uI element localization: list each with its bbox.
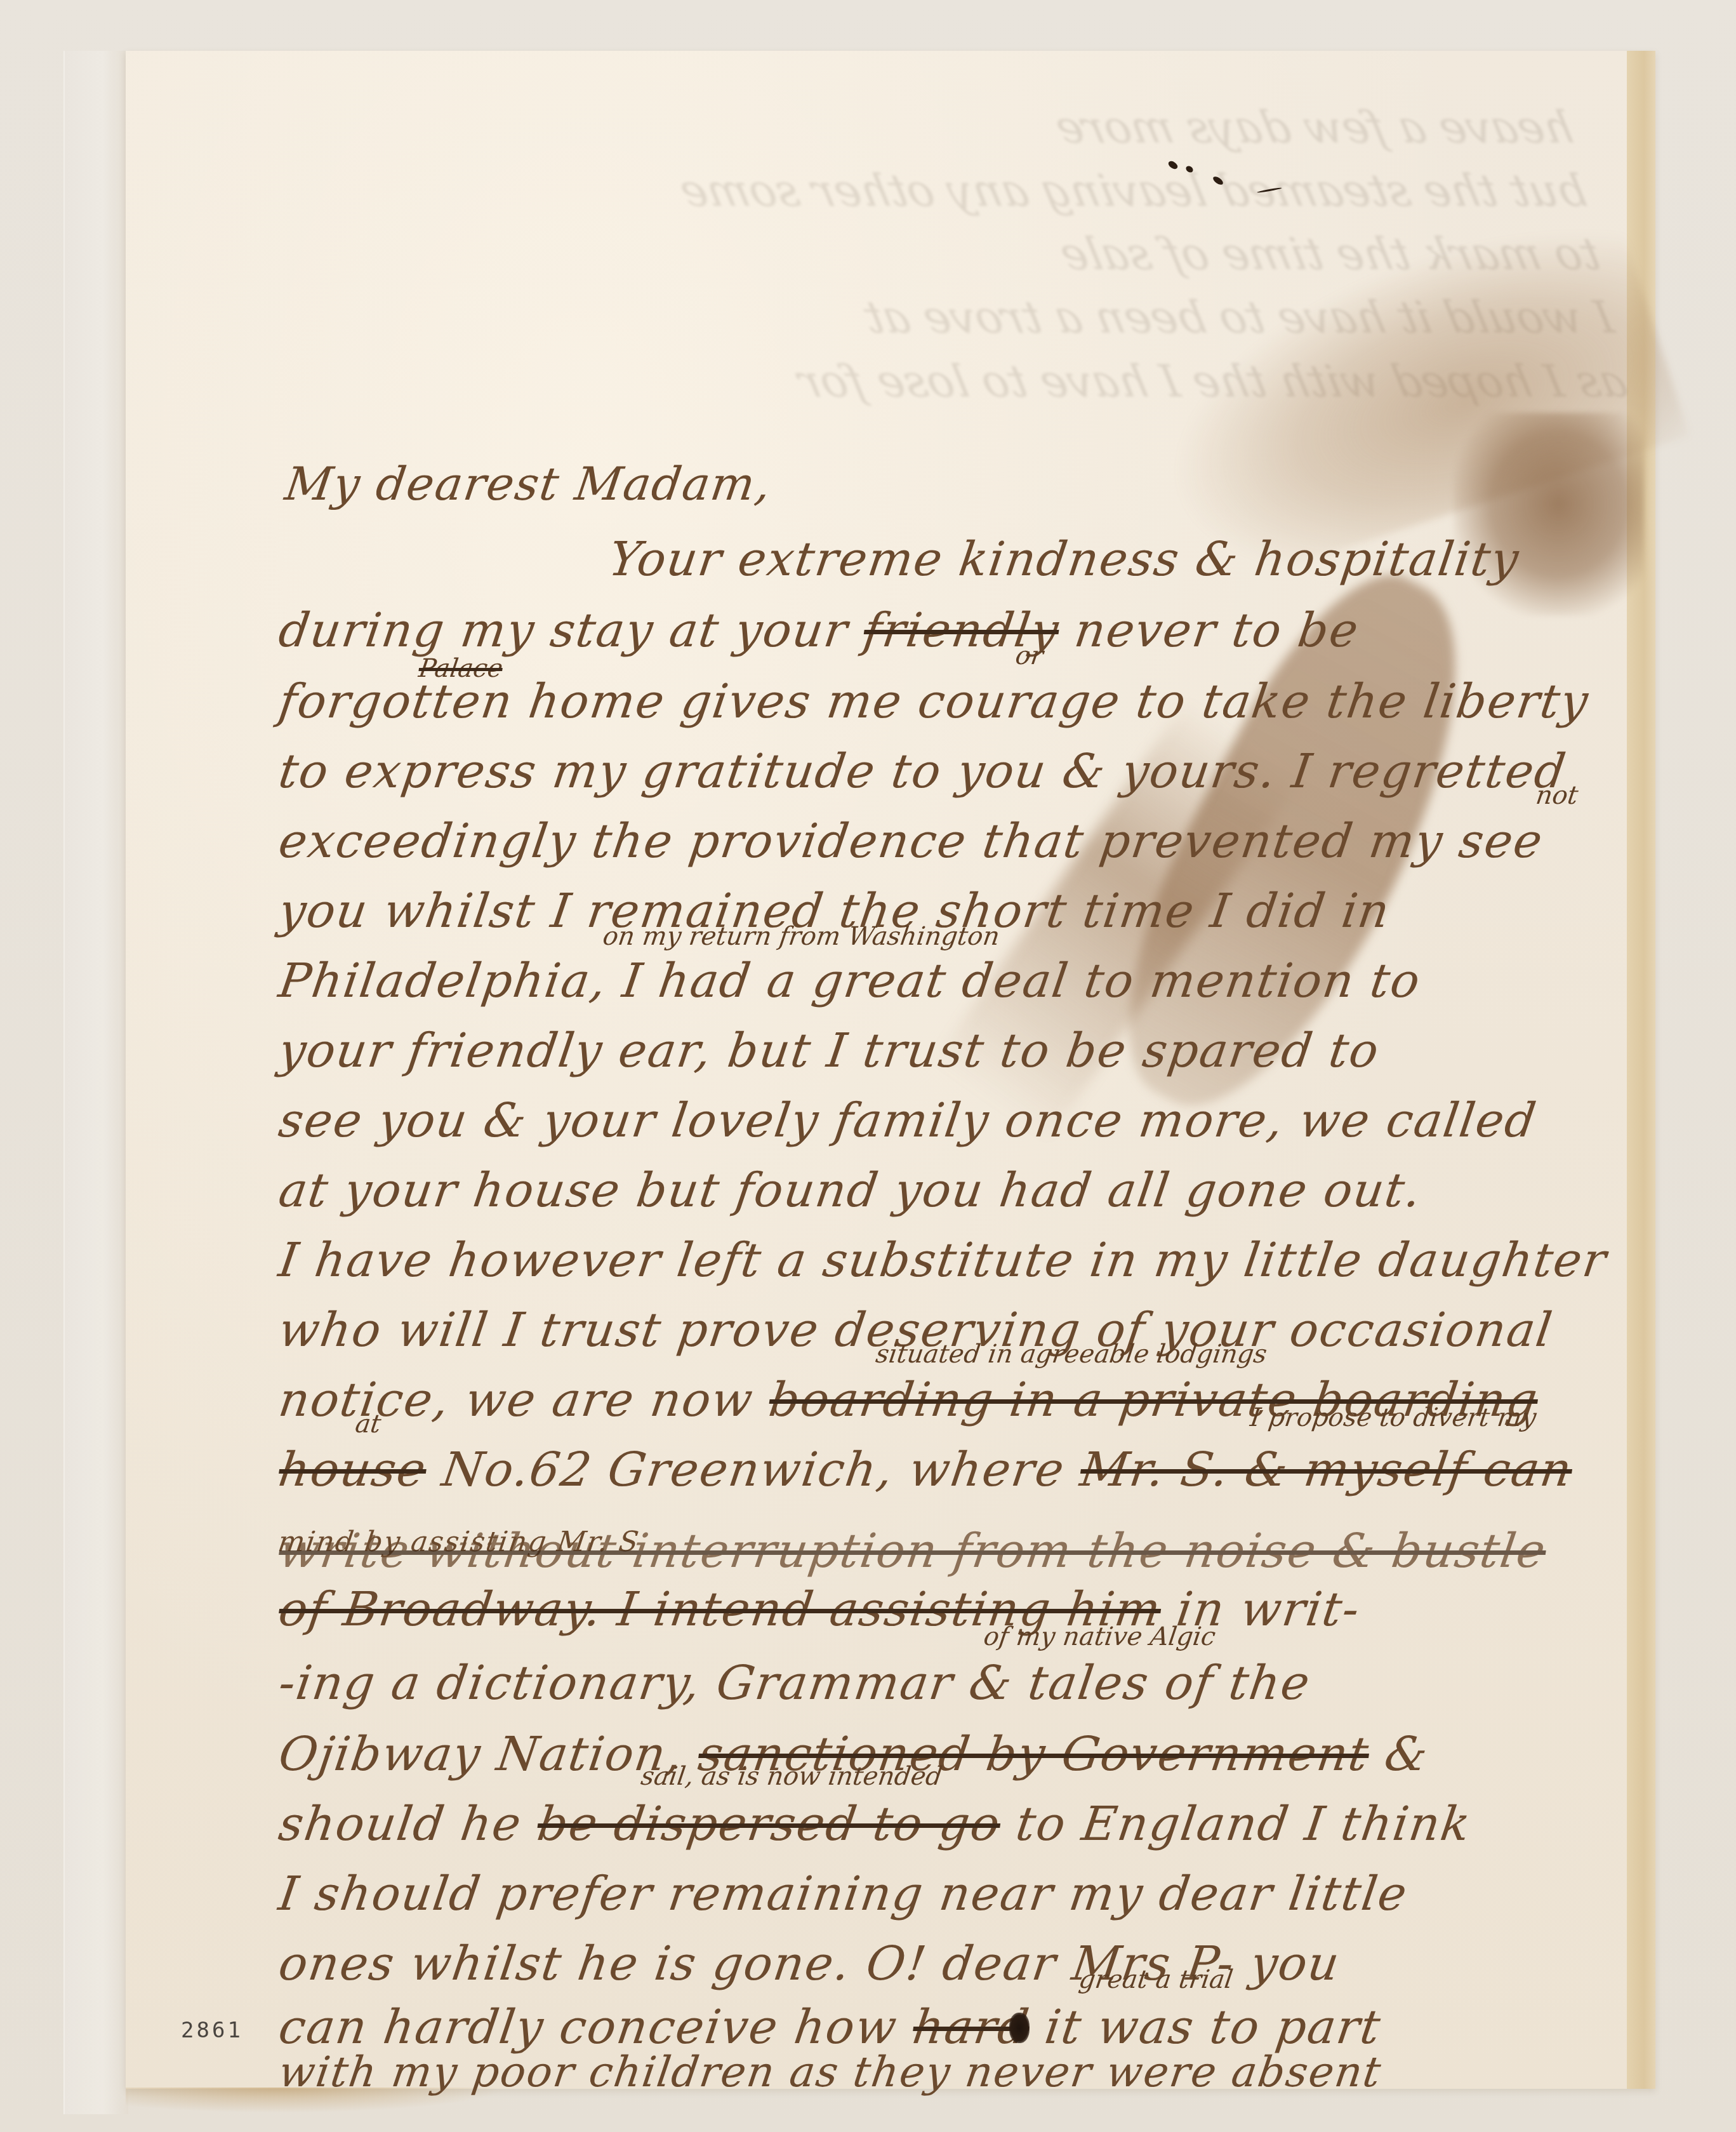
letter-line-11: I have however left a substitute in my l… xyxy=(275,1233,1610,1288)
letter-line-4: to express my gratitude to you & yours. … xyxy=(275,744,1570,799)
ink-spatter-marks xyxy=(1168,159,1295,197)
line-text: to England I think xyxy=(997,1797,1474,1851)
interlinear-insertion: I propose to divert my xyxy=(1249,1403,1538,1432)
interlinear-insertion: at xyxy=(354,1409,383,1439)
letter-line-19: should he be dispersed to go to England … xyxy=(275,1797,1474,1851)
interlinear-insertion: great a trial xyxy=(1077,1965,1235,1994)
paper-right-edge xyxy=(1627,51,1655,2089)
line-text: Ojibway Nation, xyxy=(275,1727,687,1782)
interlinear-insertion: or xyxy=(1014,641,1045,670)
line-text: No.62 Greenwich, where xyxy=(423,1442,1069,1497)
bleed-through-text: heave a few days more but the steamed le… xyxy=(105,95,1647,476)
letter-line-10: at your house but found you had all gone… xyxy=(275,1163,1426,1218)
letter-line-20: I should prefer remaining near my dear l… xyxy=(275,1867,1411,1921)
letter-line-2: during my stay at your friendly never to… xyxy=(275,603,1363,658)
interlinear-insertion: of my native Algic xyxy=(982,1622,1217,1651)
letter-line-22: can hardly conceive how hard it was to p… xyxy=(275,2000,1384,2055)
line-text: & xyxy=(1365,1727,1432,1782)
interlinear-insertion: situated in agreeable lodgings xyxy=(874,1340,1269,1369)
line-text: notice, we are now xyxy=(275,1373,757,1427)
letter-line-7: Philadelphia, I had a great deal to ment… xyxy=(275,954,1424,1008)
interlinear-insertion: not xyxy=(1534,781,1580,810)
hinge-strip xyxy=(63,51,128,2114)
interlinear-insertion: on my return from Washington xyxy=(601,922,1002,951)
interlinear-insertion: sail, as is now intended xyxy=(639,1762,944,1791)
struck-text: be dispersed to go xyxy=(534,1797,1004,1851)
line-text: during my stay at your xyxy=(275,603,852,658)
letter-line-17: -ing a dictionary, Grammar & tales of th… xyxy=(275,1656,1314,1710)
line-text: never to be xyxy=(1055,603,1363,658)
letter-line-23: with my poor children as they never were… xyxy=(276,2048,1385,2096)
letter-line-14: house No.62 Greenwich, where Mr. S. & my… xyxy=(275,1442,1576,1497)
line-text: should he xyxy=(275,1797,526,1851)
salutation: My dearest Madam, xyxy=(282,457,775,510)
line-text: home gives me courage to take the libert… xyxy=(509,674,1593,729)
struck-text: Mr. S. & myself can xyxy=(1077,1442,1576,1497)
line-text: can hardly conceive how xyxy=(275,2000,901,2055)
line-text: it was to part xyxy=(1026,2000,1385,2055)
letter-line-15-struck: write without interruption from the nois… xyxy=(275,1524,1550,1578)
letter-line-8: your friendly ear, but I trust to be spa… xyxy=(275,1023,1383,1078)
struck-text: house xyxy=(275,1442,430,1497)
ink-blot xyxy=(1009,2013,1030,2043)
letter-line-1: Your extreme kindness & hospitality xyxy=(606,532,1523,587)
letter-line-5: exceedingly the providence that prevente… xyxy=(275,814,1547,869)
letter-line-9: see you & your lovely family once more, … xyxy=(275,1093,1541,1148)
letter-line-3: forgotten home gives me courage to take … xyxy=(275,674,1593,729)
catalog-number: 2861 xyxy=(181,2018,243,2043)
line-text: forgotten xyxy=(275,674,517,729)
